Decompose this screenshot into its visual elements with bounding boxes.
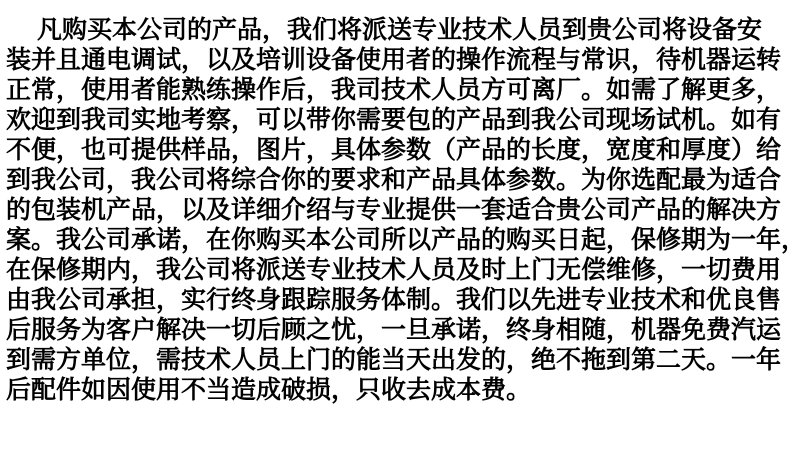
text-line: 案。我公司承诺，在你购买本公司所以产品的购买日起，保修期为一年，	[6, 226, 786, 256]
text-line: 到需方单位，需技术人员上门的能当天出发的，绝不拖到第二天。一年	[6, 346, 786, 376]
text-line: 后配件如因使用不当造成破损，只收去成本费。	[6, 376, 786, 406]
text-line: 正常，使用者能熟练操作后，我司技术人员方可离厂。如需了解更多，	[6, 76, 786, 106]
text-line: 的包装机产品，以及详细介绍与专业提供一套适合贵公司产品的解决方	[6, 196, 786, 226]
service-warranty-paragraph: 凡购买本公司的产品，我们将派送专业技术人员到贵公司将设备安 装并且通电调试，以及…	[0, 0, 790, 406]
text-line: 由我公司承担，实行终身跟踪服务体制。我们以先进专业技术和优良售	[6, 286, 786, 316]
text-line: 后服务为客户解决一切后顾之忧，一旦承诺，终身相随，机器免费汽运	[6, 316, 786, 346]
text-line: 装并且通电调试，以及培训设备使用者的操作流程与常识，待机器运转	[6, 46, 786, 76]
text-line: 凡购买本公司的产品，我们将派送专业技术人员到贵公司将设备安	[6, 16, 786, 46]
text-line: 在保修期内，我公司将派送专业技术人员及时上门无偿维修，一切费用	[6, 256, 786, 286]
text-line: 欢迎到我司实地考察，可以带你需要包的产品到我公司现场试机。如有	[6, 106, 786, 136]
document-page: 凡购买本公司的产品，我们将派送专业技术人员到贵公司将设备安 装并且通电调试，以及…	[0, 0, 790, 462]
text-line: 到我公司，我公司将综合你的要求和产品具体参数。为你选配最为适合	[6, 166, 786, 196]
text-line: 不便，也可提供样品，图片，具体参数（产品的长度，宽度和厚度）给	[6, 136, 786, 166]
